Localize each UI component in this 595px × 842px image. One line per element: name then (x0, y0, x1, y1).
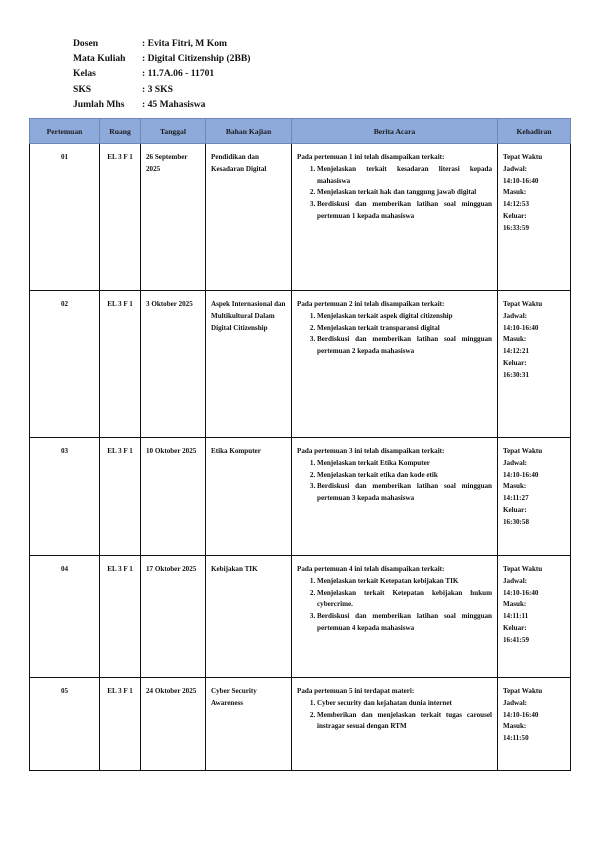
table-row: 05EL 3 F 124 Oktober 2025Cyber Security … (30, 678, 571, 771)
header-kehadiran: Kehadiran (498, 119, 571, 144)
cell-ruang: EL 3 F 1 (100, 291, 141, 438)
kehadiran-line: 14:12:53 (503, 199, 565, 211)
info-label: Jumlah Mhs (73, 97, 142, 112)
kehadiran-line: Tepat Waktu (503, 446, 565, 458)
info-value: : 11.7A.06 - 11701 (142, 66, 214, 81)
kehadiran-line: 14:10-16:40 (503, 323, 565, 335)
kehadiran-line: 16:30:58 (503, 517, 565, 529)
info-label: Mata Kuliah (73, 51, 142, 66)
info-value: : Evita Fitri, M Kom (142, 36, 227, 51)
cell-tanggal: 26 September 2025 (141, 144, 206, 291)
info-row-dosen: Dosen : Evita Fitri, M Kom (73, 36, 250, 51)
cell-bahan-kajian: Kebijakan TIK (206, 556, 292, 678)
cell-tanggal: 24 Oktober 2025 (141, 678, 206, 771)
kehadiran-line: 14:10-16:40 (503, 470, 565, 482)
berita-item: Memberikan dan menjelaskan terkait tugas… (317, 710, 492, 734)
cell-pertemuan: 05 (30, 678, 100, 771)
cell-kehadiran: Tepat WaktuJadwal:14:10-16:40Masuk:14:11… (498, 438, 571, 556)
kehadiran-line: 14:10-16:40 (503, 710, 565, 722)
berita-item: Menjelaskan terkait transparansi digital (317, 323, 492, 335)
cell-ruang: EL 3 F 1 (100, 556, 141, 678)
table-row: 04EL 3 F 117 Oktober 2025Kebijakan TIKPa… (30, 556, 571, 678)
cell-pertemuan: 03 (30, 438, 100, 556)
berita-intro: Pada pertemuan 3 ini telah disampaikan t… (297, 446, 492, 458)
info-row-jumlah-mhs: Jumlah Mhs : 45 Mahasiswa (73, 97, 250, 112)
berita-item: Cyber security dan kejahatan dunia inter… (317, 698, 492, 710)
berita-list: Menjelaskan terkait Ketepatan kebijakan … (297, 576, 492, 635)
cell-pertemuan: 02 (30, 291, 100, 438)
berita-item: Berdiskusi dan memberikan latihan soal m… (317, 611, 492, 635)
info-value: : Digital Citizenship (2BB) (142, 51, 250, 66)
berita-list: Cyber security dan kejahatan dunia inter… (297, 698, 492, 733)
header-bahan-kajian: Bahan Kajian (206, 119, 292, 144)
kehadiran-line: Tepat Waktu (503, 299, 565, 311)
kehadiran-line: Keluar: (503, 358, 565, 370)
table-row: 01EL 3 F 126 September 2025Pendidikan da… (30, 144, 571, 291)
info-label: SKS (73, 82, 142, 97)
kehadiran-line: Tepat Waktu (503, 686, 565, 698)
kehadiran-line: 14:11:11 (503, 611, 565, 623)
kehadiran-line: Tepat Waktu (503, 152, 565, 164)
cell-pertemuan: 04 (30, 556, 100, 678)
kehadiran-line: Jadwal: (503, 164, 565, 176)
header-ruang: Ruang (100, 119, 141, 144)
cell-bahan-kajian: Etika Komputer (206, 438, 292, 556)
cell-kehadiran: Tepat WaktuJadwal:14:10-16:40Masuk:14:11… (498, 556, 571, 678)
kehadiran-line: Masuk: (503, 599, 565, 611)
kehadiran-line: 14:10-16:40 (503, 176, 565, 188)
header-tanggal: Tanggal (141, 119, 206, 144)
info-row-kelas: Kelas : 11.7A.06 - 11701 (73, 66, 250, 81)
berita-item: Berdiskusi dan memberikan latihan soal m… (317, 199, 492, 223)
kehadiran-line: Masuk: (503, 334, 565, 346)
berita-item: Menjelaskan terkait aspek digital citize… (317, 311, 492, 323)
berita-item: Menjelaskan terkait kesadaran literasi k… (317, 164, 492, 188)
cell-berita-acara: Pada pertemuan 2 ini telah disampaikan t… (292, 291, 498, 438)
info-label: Kelas (73, 66, 142, 81)
cell-kehadiran: Tepat WaktuJadwal:14:10-16:40Masuk:14:12… (498, 144, 571, 291)
cell-tanggal: 17 Oktober 2025 (141, 556, 206, 678)
course-info: Dosen : Evita Fitri, M Kom Mata Kuliah :… (73, 36, 250, 112)
header-pertemuan: Pertemuan (30, 119, 100, 144)
kehadiran-line: 14:11:27 (503, 493, 565, 505)
cell-berita-acara: Pada pertemuan 3 ini telah disampaikan t… (292, 438, 498, 556)
berita-list: Menjelaskan terkait kesadaran literasi k… (297, 164, 492, 223)
kehadiran-line: Jadwal: (503, 311, 565, 323)
cell-pertemuan: 01 (30, 144, 100, 291)
berita-item: Menjelaskan terkait hak dan tanggung jaw… (317, 187, 492, 199)
berita-intro: Pada pertemuan 2 ini telah disampaikan t… (297, 299, 492, 311)
berita-item: Menjelaskan terkait etika dan kode etik (317, 470, 492, 482)
kehadiran-line: Keluar: (503, 211, 565, 223)
berita-item: Menjelaskan terkait Ketepatan kebijakan … (317, 588, 492, 612)
info-label: Dosen (73, 36, 142, 51)
header-berita-acara: Berita Acara (292, 119, 498, 144)
cell-tanggal: 3 Oktober 2025 (141, 291, 206, 438)
cell-kehadiran: Tepat WaktuJadwal:14:10-16:40Masuk:14:11… (498, 678, 571, 771)
kehadiran-line: Jadwal: (503, 576, 565, 588)
kehadiran-line: 16:41:59 (503, 635, 565, 647)
berita-intro: Pada pertemuan 1 ini telah disampaikan t… (297, 152, 492, 164)
cell-bahan-kajian: Aspek Internasional dan Multikultural Da… (206, 291, 292, 438)
cell-tanggal: 10 Oktober 2025 (141, 438, 206, 556)
berita-item: Menjelaskan terkait Ketepatan kebijakan … (317, 576, 492, 588)
kehadiran-line: Jadwal: (503, 458, 565, 470)
table-row: 02EL 3 F 13 Oktober 2025Aspek Internasio… (30, 291, 571, 438)
kehadiran-line: Jadwal: (503, 698, 565, 710)
berita-list: Menjelaskan terkait Etika KomputerMenjel… (297, 458, 492, 505)
kehadiran-line: Masuk: (503, 481, 565, 493)
kehadiran-line: Keluar: (503, 623, 565, 635)
cell-berita-acara: Pada pertemuan 4 ini telah disampaikan t… (292, 556, 498, 678)
cell-bahan-kajian: Cyber Security Awareness (206, 678, 292, 771)
cell-ruang: EL 3 F 1 (100, 678, 141, 771)
berita-item: Berdiskusi dan memberikan latihan soal m… (317, 481, 492, 505)
kehadiran-line: 14:11:50 (503, 733, 565, 745)
kehadiran-line: 14:12:21 (503, 346, 565, 358)
kehadiran-line: 16:33:59 (503, 223, 565, 235)
attendance-table: Pertemuan Ruang Tanggal Bahan Kajian Ber… (29, 118, 571, 771)
berita-list: Menjelaskan terkait aspek digital citize… (297, 311, 492, 358)
kehadiran-line: 14:10-16:40 (503, 588, 565, 600)
table-header-row: Pertemuan Ruang Tanggal Bahan Kajian Ber… (30, 119, 571, 144)
cell-bahan-kajian: Pendidikan dan Kesadaran Digital (206, 144, 292, 291)
cell-berita-acara: Pada pertemuan 1 ini telah disampaikan t… (292, 144, 498, 291)
kehadiran-line: Masuk: (503, 187, 565, 199)
cell-berita-acara: Pada pertemuan 5 ini terdapat materi:Cyb… (292, 678, 498, 771)
kehadiran-line: Masuk: (503, 721, 565, 733)
berita-intro: Pada pertemuan 5 ini terdapat materi: (297, 686, 492, 698)
kehadiran-line: Keluar: (503, 505, 565, 517)
info-value: : 45 Mahasiswa (142, 97, 205, 112)
berita-intro: Pada pertemuan 4 ini telah disampaikan t… (297, 564, 492, 576)
table-row: 03EL 3 F 110 Oktober 2025Etika KomputerP… (30, 438, 571, 556)
cell-ruang: EL 3 F 1 (100, 144, 141, 291)
info-row-mata-kuliah: Mata Kuliah : Digital Citizenship (2BB) (73, 51, 250, 66)
cell-kehadiran: Tepat WaktuJadwal:14:10-16:40Masuk:14:12… (498, 291, 571, 438)
info-row-sks: SKS : 3 SKS (73, 82, 250, 97)
kehadiran-line: Tepat Waktu (503, 564, 565, 576)
info-value: : 3 SKS (142, 82, 173, 97)
berita-item: Berdiskusi dan memberikan latihan soal m… (317, 334, 492, 358)
berita-item: Menjelaskan terkait Etika Komputer (317, 458, 492, 470)
cell-ruang: EL 3 F 1 (100, 438, 141, 556)
kehadiran-line: 16:30:31 (503, 370, 565, 382)
